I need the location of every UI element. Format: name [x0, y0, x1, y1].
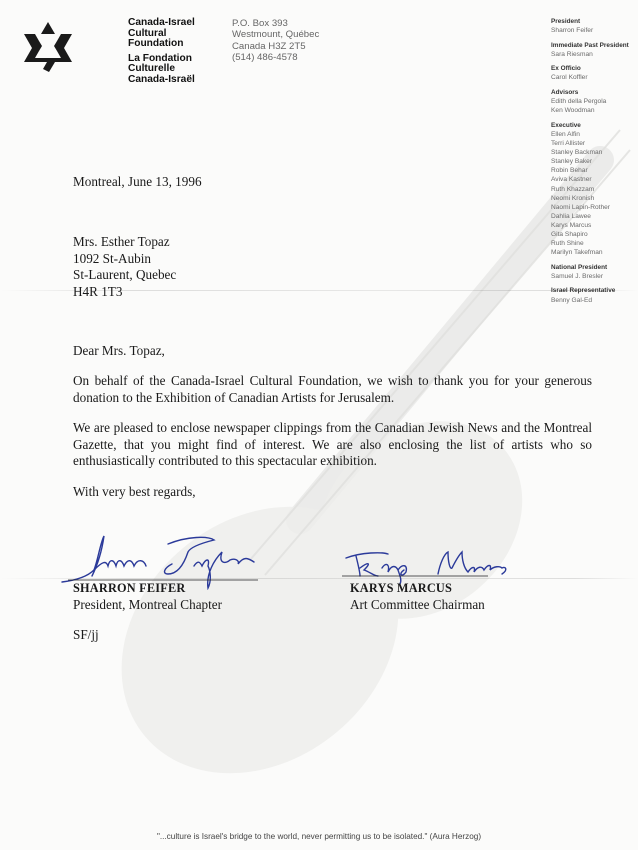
board-member-name: Ellen Alfin	[551, 130, 638, 139]
typist-initials: SF/jj	[73, 627, 99, 644]
board-member-name: Ruth Khazzam	[551, 185, 638, 194]
board-member-name: Edith della Pergola	[551, 97, 638, 106]
recipient-street: 1092 St-Aubin	[73, 251, 176, 268]
board-group-title: Immediate Past President	[551, 41, 638, 50]
board-group: Ex OfficioCarol Koffler	[551, 64, 638, 82]
board-member-name: Karys Marcus	[551, 221, 638, 230]
signatory-1-name: SHARRON FEIFER	[73, 580, 222, 597]
board-group-title: National President	[551, 263, 638, 272]
board-member-name: Sara Riesman	[551, 50, 638, 59]
board-of-directors-list: PresidentSharron FeiferImmediate Past Pr…	[551, 17, 638, 310]
signatory-1-title: President, Montreal Chapter	[73, 597, 222, 614]
board-member-name: Dahlia Lawee	[551, 212, 638, 221]
board-member-name: Gita Shapiro	[551, 230, 638, 239]
closing: With very best regards,	[73, 484, 196, 501]
recipient-city: St-Laurent, Quebec	[73, 267, 176, 284]
signatory-2: KARYS MARCUS Art Committee Chairman	[350, 580, 485, 613]
star-of-david-icon	[22, 20, 74, 78]
board-group-title: Israel Representative	[551, 286, 638, 295]
board-group-title: Advisors	[551, 88, 638, 97]
organization-address: P.O. Box 393 Westmount, Québec Canada H3…	[232, 18, 319, 63]
signatory-2-name: KARYS MARCUS	[350, 580, 485, 597]
board-member-name: Ken Woodman	[551, 106, 638, 115]
recipient-postal-code: H4R 1T3	[73, 284, 176, 301]
board-group: National PresidentSamuel J. Bresler	[551, 263, 638, 281]
signatory-2-title: Art Committee Chairman	[350, 597, 485, 614]
paragraph-2: We are pleased to enclose newspaper clip…	[73, 420, 592, 470]
board-member-name: Stanley Baker	[551, 157, 638, 166]
signatory-1: SHARRON FEIFER President, Montreal Chapt…	[73, 580, 222, 613]
salutation: Dear Mrs. Topaz,	[73, 343, 165, 360]
recipient-address: Mrs. Esther Topaz 1092 St-Aubin St-Laure…	[73, 234, 176, 300]
footer-quote: "...culture is Israel's bridge to the wo…	[0, 832, 638, 841]
board-group-title: Executive	[551, 121, 638, 130]
board-member-name: Terri Allister	[551, 139, 638, 148]
board-member-name: Benny Gal-Ed	[551, 296, 638, 305]
board-group: AdvisorsEdith della PergolaKen Woodman	[551, 88, 638, 115]
board-member-name: Aviva Kastner	[551, 175, 638, 184]
letter-date: Montreal, June 13, 1996	[73, 174, 202, 191]
board-group-title: Ex Officio	[551, 64, 638, 73]
board-group: Israel RepresentativeBenny Gal-Ed	[551, 286, 638, 304]
board-group: Immediate Past PresidentSara Riesman	[551, 41, 638, 59]
board-group-title: President	[551, 17, 638, 26]
paper-fold-line	[0, 578, 638, 579]
board-member-name: Sharron Feifer	[551, 26, 638, 35]
organization-name-english: Canada-Israel Cultural Foundation	[128, 18, 195, 50]
board-member-name: Stanley Backman	[551, 148, 638, 157]
organization-name: Canada-Israel Cultural Foundation La Fon…	[128, 18, 195, 89]
organization-name-french: La Fondation Culturelle Canada-Israël	[128, 54, 195, 86]
paragraph-1: On behalf of the Canada-Israel Cultural …	[73, 373, 592, 406]
board-member-name: Samuel J. Bresler	[551, 272, 638, 281]
board-member-name: Carol Koffler	[551, 73, 638, 82]
board-group: PresidentSharron Feifer	[551, 17, 638, 35]
board-group: ExecutiveEllen AlfinTerri AllisterStanle…	[551, 121, 638, 257]
board-member-name: Naomi Lapin-Rother	[551, 203, 638, 212]
board-member-name: Marilyn Takefman	[551, 248, 638, 257]
recipient-name: Mrs. Esther Topaz	[73, 234, 176, 251]
board-member-name: Robin Behar	[551, 166, 638, 175]
board-member-name: Neomi Kronish	[551, 194, 638, 203]
board-member-name: Ruth Shine	[551, 239, 638, 248]
